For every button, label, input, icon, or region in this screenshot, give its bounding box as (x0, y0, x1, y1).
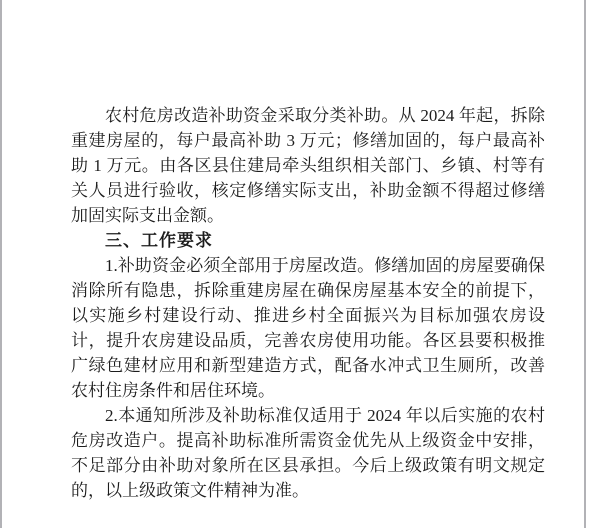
section-heading: 三、工作要求 (71, 228, 545, 253)
paragraph-subsidy-standards: 农村危房改造补助资金采取分类补助。从 2024 年起，拆除重建房屋的，每户最高补… (71, 103, 545, 228)
paragraph-requirement-2: 2.本通知所涉及补助标准仅适用于 2024 年以后实施的农村危房改造户。提高补助… (71, 403, 545, 503)
page-left-edge (0, 0, 2, 528)
paragraph-requirement-1: 1.补助资金必须全部用于房屋改造。修缮加固的房屋要确保消除所有隐患，拆除重建房屋… (71, 253, 545, 403)
document-body: 农村危房改造补助资金采取分类补助。从 2024 年起，拆除重建房屋的，每户最高补… (71, 103, 545, 503)
document-viewport: 农村危房改造补助资金采取分类补助。从 2024 年起，拆除重建房屋的，每户最高补… (0, 0, 599, 528)
page-right-edge (584, 0, 586, 528)
